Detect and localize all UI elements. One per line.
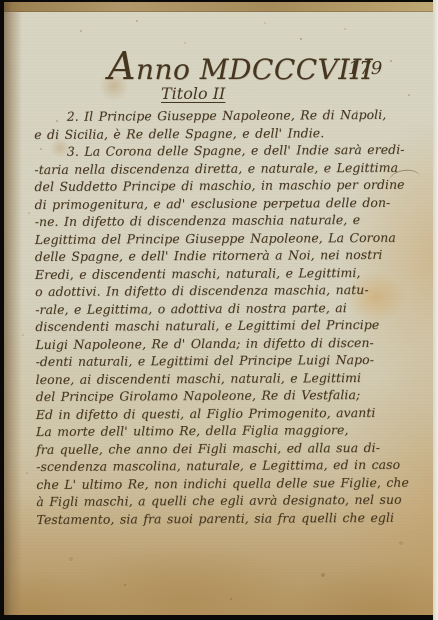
manuscript-line: del Suddetto Principe di maschio, in mas…: [34, 176, 421, 196]
manuscript-line: -denti naturali, e Legittimi del Princip…: [35, 351, 422, 371]
manuscript-line: di primogenitura, e ad' esclusione perpe…: [35, 193, 422, 213]
manuscript-line: à Figli maschi, a quelli che egli avrà d…: [36, 491, 423, 511]
manuscript-line: discendenti maschi naturali, e Legittimi…: [35, 316, 422, 336]
page-content: Anno MDCCCVIII 179 Titolo II 2. Il Princ…: [4, 2, 433, 615]
manuscript-line: 3. La Corona delle Spagne, e dell' Indie…: [34, 141, 421, 161]
manuscript-line: delle Spagne, e dell' Indie ritornerà a …: [35, 246, 422, 266]
manuscript-photo: Anno MDCCCVIII 179 Titolo II 2. Il Princ…: [0, 0, 438, 620]
manuscript-line: 2. Il Principe Giuseppe Napoleone, Re di…: [34, 106, 421, 126]
manuscript-line: Testamento, sia fra suoi parenti, sia fr…: [36, 508, 423, 528]
year-heading: Anno MDCCCVIII: [108, 50, 373, 86]
manuscript-line: -scendenza mascolina, naturale, e Legitt…: [36, 456, 423, 476]
manuscript-text: 2. Il Principe Giuseppe Napoleone, Re di…: [34, 106, 424, 528]
folio-number: 179: [348, 58, 382, 79]
manuscript-line: o adottivi. In difetto di discendenza ma…: [35, 281, 422, 301]
manuscript-page: Anno MDCCCVIII 179 Titolo II 2. Il Princ…: [4, 2, 433, 615]
section-title: Titolo II: [161, 84, 225, 103]
manuscript-line: Ed in difetto di questi, al Figlio Primo…: [36, 403, 423, 423]
scan-edge-right: [433, 0, 438, 620]
